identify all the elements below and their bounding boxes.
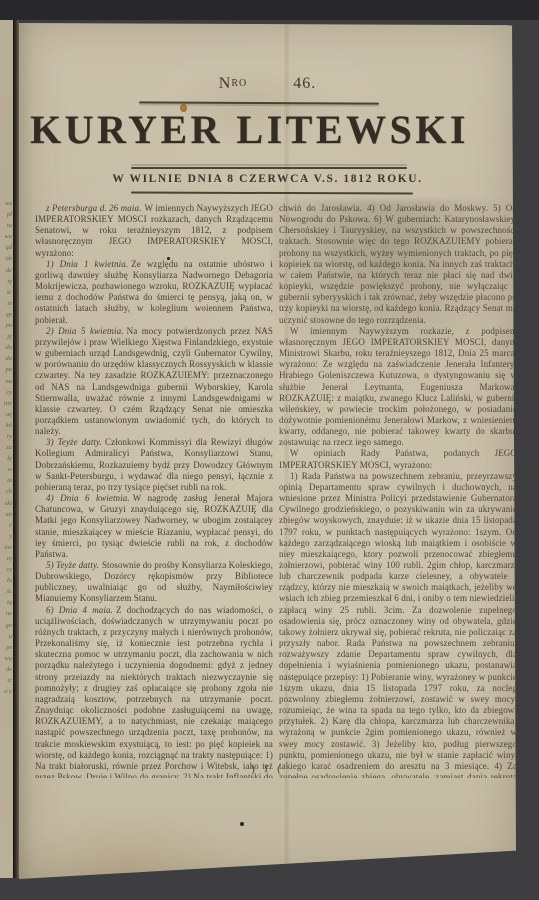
issue-number-line: NRO46. <box>19 75 516 93</box>
paragraph: W imiennym Naywyższym rozkazie, z podpis… <box>279 326 517 449</box>
dateline-rule-bottom <box>131 192 413 195</box>
issue-label: N <box>219 75 232 92</box>
column-right: chwiń do Jarosławia. 4) Od Jarosławia do… <box>279 203 517 778</box>
newspaper-title: KURYER LITEWSKI <box>30 106 510 153</box>
paper-stain-fleck <box>180 104 187 112</box>
paragraph: 4) Dnia 6 kwietnia.W nagrodę zasług Jene… <box>35 493 273 560</box>
paragraph: 3) Teyże datty.Członkowi Kommissyi dla R… <box>35 437 273 493</box>
ink-speck <box>167 257 170 260</box>
adjacent-page-edge: wz pł tu wa ąd ob de ię śc ie ęp po ję d… <box>0 20 13 878</box>
paragraph: 1) Rada Państwa na powszechnem zebraniu,… <box>279 471 517 778</box>
paragraph: 2) Dnia 5 kwietnia.Na mocy potwierdzonyc… <box>35 326 273 438</box>
scanned-newspaper-page: wz pł tu wa ąd ob de ię śc ie ęp po ję d… <box>0 0 539 900</box>
scanner-background-top <box>0 0 539 20</box>
adjacent-page-text-fragments: wz pł tu wa ąd ob de ię śc ie ęp po ję d… <box>0 198 12 697</box>
paragraph: W opiniach Rady Państwa, podanych JEGO I… <box>279 448 517 470</box>
paragraph: 5) Teyże datty.Stosownie do prośby Konsy… <box>35 560 273 605</box>
ink-speck <box>240 822 244 826</box>
masthead-rule <box>139 101 379 104</box>
dateline-rule-top <box>131 167 407 169</box>
dateline: W WILNIE DNIA 8 CZERWCA V.S. 1812 ROKU. <box>19 173 516 185</box>
page-fold-shadow <box>13 20 19 878</box>
issue-number: 46. <box>293 75 316 92</box>
column-left: z Petersburga d. 26 maia.W imiennych Nay… <box>35 203 273 778</box>
signature-page-mark: ) 1 ( <box>19 764 516 775</box>
ink-speck <box>455 868 463 877</box>
issue-label-smallcaps: RO <box>231 78 247 89</box>
paragraph: 1) Dnia 1 kwietnia.Ze względu na ostatni… <box>35 259 273 326</box>
paragraph: chwiń do Jarosławia. 4) Od Jarosławia do… <box>279 203 517 326</box>
paragraph: z Petersburga d. 26 maia.W imiennych Nay… <box>35 203 273 259</box>
paragraph: 6) Dnia 4 maia.Z dochodzących do nas wia… <box>35 605 273 778</box>
newspaper-sheet: NRO46. KURYER LITEWSKI W WILNIE DNIA 8 C… <box>19 20 516 879</box>
